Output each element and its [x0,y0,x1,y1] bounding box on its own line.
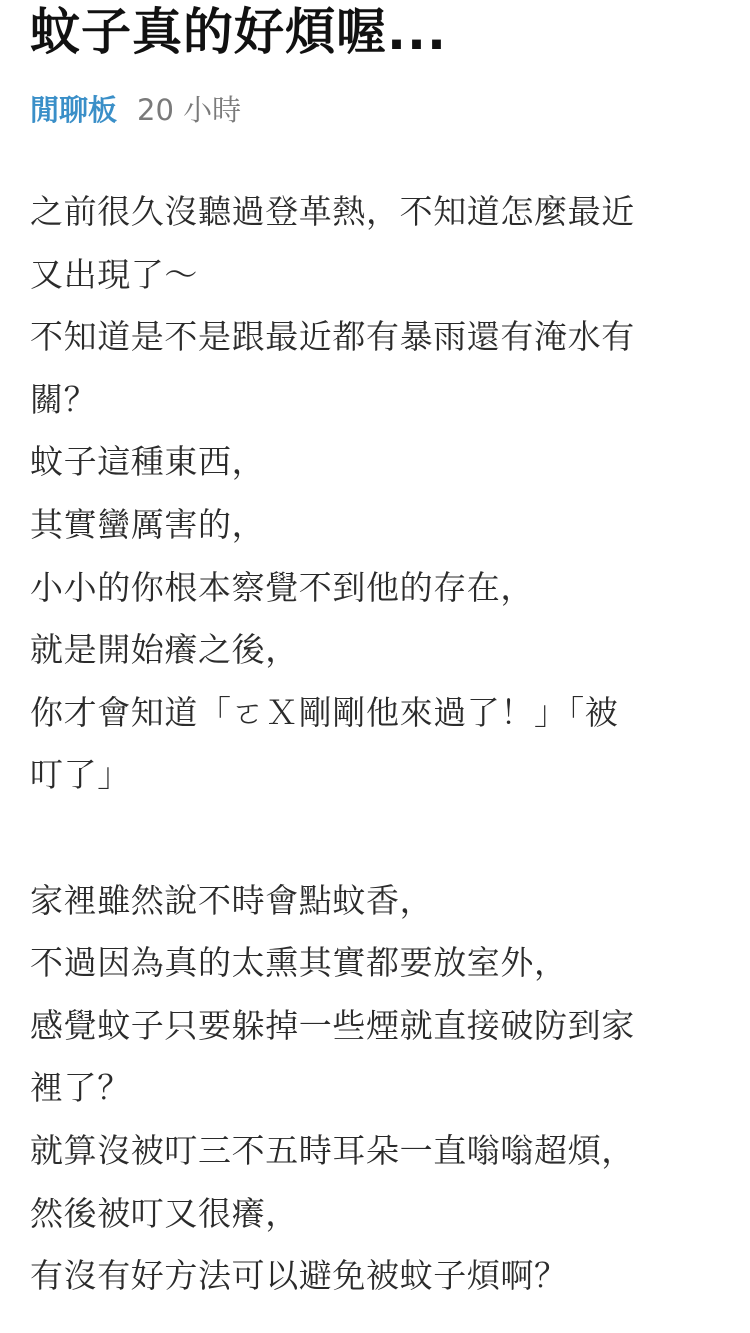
post-title: 蚊子真的好煩喔... [30,2,447,62]
body-line: 不知道是不是跟最近都有暴雨還有淹水有 [30,306,730,369]
body-line: 其實蠻厲害的， [30,494,730,557]
body-line: 蚊子這種東西， [30,431,730,494]
board-link[interactable]: 閒聊板 [30,88,117,132]
post-meta: 閒聊板 20 小時 [30,88,241,132]
body-line: 你才會知道「ㄛＸ剛剛他來過了！」「被 [30,682,730,745]
body-line: 然後被叮又很癢， [30,1183,730,1246]
paragraph-break [30,807,730,870]
body-line: 就算沒被叮三不五時耳朵一直嗡嗡超煩， [30,1120,730,1183]
body-line: 家裡雖然說不時會點蚊香， [30,870,730,933]
body-line: 不過因為真的太熏其實都要放室外， [30,932,730,995]
body-line: 就是開始癢之後， [30,619,730,682]
body-line: 叮了」 [30,744,730,807]
body-line: 有沒有好方法可以避免被蚊子煩啊？ [30,1245,730,1308]
body-line: 關？ [30,369,730,432]
body-line: 之前很久沒聽過登革熱，不知道怎麼最近 [30,181,730,244]
body-line: 小小的你根本察覺不到他的存在， [30,557,730,620]
body-line: 又出現了～ [30,244,730,307]
body-line: 感覺蚊子只要躲掉一些煙就直接破防到家 [30,995,730,1058]
body-line: 裡了？ [30,1057,730,1120]
post-time: 20 小時 [137,88,241,132]
post-body: 之前很久沒聽過登革熱，不知道怎麼最近 又出現了～ 不知道是不是跟最近都有暴雨還有… [30,181,730,1308]
